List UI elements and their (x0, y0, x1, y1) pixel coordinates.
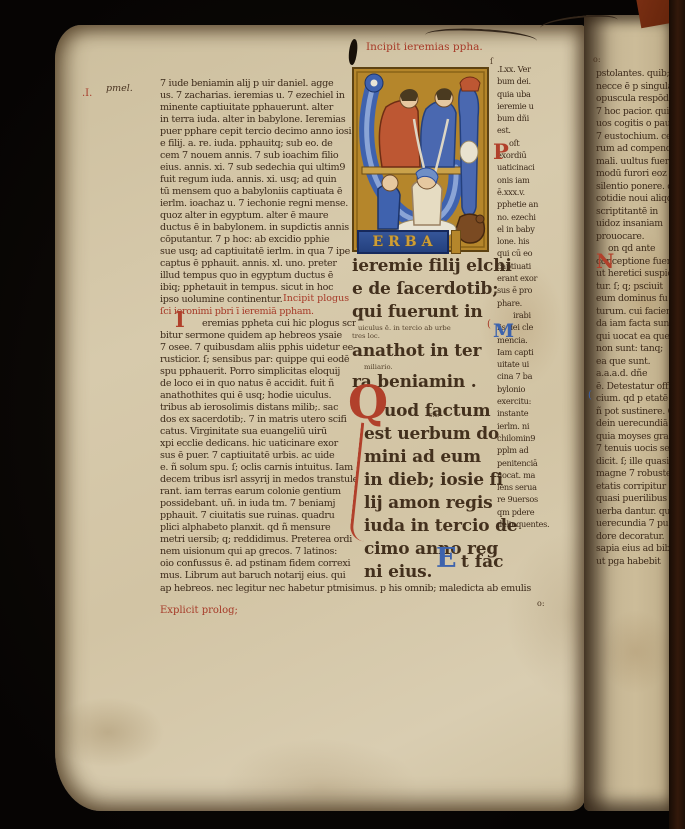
text-line: minente captiuitate pphauerunt. alter (160, 102, 356, 114)
text-line: penitenciā (497, 457, 551, 469)
text-line: e de ſacerdotib; (352, 278, 510, 301)
text-line: iuda in tercio de (364, 515, 510, 538)
paraph-mark: ſ (490, 57, 493, 66)
paraph-mark-red: ( (487, 319, 491, 330)
text-line: quia uba (497, 88, 551, 100)
text-line: possidebant. uñ. in iuda tm. 7 beniamj (160, 498, 356, 510)
text-line: lone. his (497, 235, 551, 247)
initial-n: N (596, 251, 614, 271)
initial-i: I (175, 309, 185, 330)
quire-mark: o: (593, 55, 601, 64)
text-line: 7 tenuis uocis se (596, 443, 670, 456)
text-line: ē.xxx.v. (497, 186, 551, 198)
text-line: oſt (509, 137, 551, 149)
verba-banner: ERBA (357, 230, 449, 254)
margin-numeral: .I. (82, 88, 92, 99)
text-line: pphauit. 7 ciuitatis sue ruinas. quadru (160, 510, 356, 522)
incipit-rubric: Incipit ieremias ppha. (366, 41, 483, 53)
initial-q: Q (348, 379, 388, 425)
text-line: uitate ui (497, 358, 551, 370)
text-line: quia moyses gracil (596, 431, 670, 444)
text-line: plici alphabeto planxit. qd ñ mensure (160, 522, 356, 534)
text-line: bum dñi (497, 112, 551, 124)
text-line: tres loc. (352, 332, 510, 340)
text-line: ē. Detestatur offi (596, 381, 670, 394)
text-line: quoz alter in egyptum. alter ē maure (160, 210, 356, 222)
text-line: est. (497, 124, 551, 136)
text-line: irabi (513, 309, 551, 321)
text-line: uerecundia 7 pu (596, 518, 670, 531)
text-line: etatis corripitur (596, 481, 670, 494)
book-binding-edge (669, 0, 685, 829)
text-line: ut pga habebit (596, 556, 670, 569)
text-line: eius. annis. xi. 7 sub sedechia qui ulti… (160, 162, 356, 174)
text-line: puer pphare cepit tercio decimo anno ios… (160, 126, 356, 138)
text-line: bum dei. (497, 75, 551, 87)
text-line: qui cū eo (497, 247, 551, 259)
historiated-initial-miniature (352, 67, 489, 252)
text-line: fuit regum iuda. annis. xi. usq; ad quin (160, 174, 356, 186)
text-line: tur. ſ; q; psciuit (596, 281, 670, 294)
text-line: dos ex sacerdotib;. 7 in matris utero sc… (160, 414, 356, 426)
text-line: da iam facta sun (596, 318, 670, 331)
text-line: eremias ppheta cui hic plogus scri (202, 318, 356, 330)
text-line: sus ē puer. 7 captiuitatē urbis. ac uide (160, 450, 356, 462)
text-line: mali. uultus fuerat (596, 156, 670, 169)
text-line: instante (497, 407, 551, 419)
text-line: 7 eustochium. cet (596, 131, 670, 144)
text-line: el in baby (497, 223, 551, 235)
banner-end-tab (451, 230, 461, 254)
text-line: dein uerecundiā (596, 418, 670, 431)
interlinear-gloss: s.i. (429, 411, 439, 419)
text-line: pplm ad (497, 444, 551, 456)
banner-letters: ERBA (372, 234, 437, 250)
text-line: illud tempus quo in egyptum ductus ē (160, 270, 356, 282)
pen-mark (347, 39, 359, 66)
text-line: re 9uersos (497, 493, 551, 505)
text-line: dore decoratur. (596, 531, 670, 544)
text-line: ieremie filij elchi (352, 255, 510, 278)
explicit-rubric: Explicit prolog; (160, 605, 238, 616)
text-line: opuscula respōde (596, 93, 670, 106)
bottom-continuation-line: ap hebreos. nec legitur nec habetur ptmi… (160, 583, 600, 594)
margin-annotation: pmel. (106, 83, 133, 94)
text-line: no. ezechi (497, 211, 551, 223)
quire-mark: o: (537, 599, 545, 608)
prologue-column: 7 iude beniamin alij p uir daniel. aggeu… (160, 78, 356, 582)
text-line: nem uisionum qui ap grecos. 7 latinos: (160, 546, 356, 558)
text-line: lij amon regis (364, 492, 510, 515)
text-line: eum dominus fu (596, 293, 670, 306)
text-line: scriptitantē in (596, 206, 670, 219)
text-line: phare. (497, 297, 551, 309)
text-line: uerba dantur. qui (596, 506, 670, 519)
text-line: xpi ecclie dedicans. hic uaticinare exor (160, 438, 356, 450)
incipit-prologus-rubric: Incipit plogus (283, 293, 349, 304)
text-line: metri uersib; q; reddidimus. Preterea or… (160, 534, 356, 546)
text-line: a.a.a.d. dñe (596, 368, 670, 381)
text-line: delinquentes. (497, 518, 551, 530)
text-line: mus. Librum aut baruch notarij eius. qui (160, 570, 356, 582)
text-line: anathot in ter (352, 340, 510, 363)
initial-m: M (493, 322, 514, 341)
text-line: de loco ei in quo natus ē accidit. fuit … (160, 378, 356, 390)
text-line: rant. iam terras earum colonie gentium (160, 486, 356, 498)
text-line: in dieb; iosie fi (364, 469, 510, 492)
text-line: uos cogitis o paula (596, 118, 670, 131)
text-line: e. ñ solum spu. ſ; oclis carnis intuitus… (160, 462, 356, 474)
text-line: decem tribus isrl assyrij in medos trans… (160, 474, 356, 486)
facing-page: o: pstolantes. quib;necce ē p singulaopu… (584, 15, 670, 811)
text-line: sue usq; ad captiuitatē ierlm. in qua 7 … (160, 246, 356, 258)
text-line: sapia eius ad bibl (596, 543, 670, 556)
text-line: rum ad compendiū (596, 143, 670, 156)
paraph-mark-blue: ( (588, 390, 592, 401)
text-line: ieremie u (497, 100, 551, 112)
text-line: oio confussus ē. ad pstinam fidem correx… (160, 558, 356, 570)
text-line: tū mensem quo a babyloniis captiuata ē (160, 186, 356, 198)
text-line: cina 7 ba (497, 370, 551, 382)
text-line: 7 hoc pacior. quia (596, 106, 670, 119)
text-line: us. 7 zacharias. ieremias u. 7 ezechiel … (160, 90, 356, 102)
text-line: .Lxx. Ver (497, 63, 551, 75)
text-line: lens serua (497, 481, 551, 493)
text-line: uod factum (384, 400, 510, 423)
initial-e-continuation: t fac (461, 552, 503, 572)
text-line: captus ē pphauit. annis. xl. uno. preter (160, 258, 356, 270)
text-line: pstolantes. quib; (596, 68, 670, 81)
text-line: mini ad eum (364, 446, 510, 469)
figure-red-robe (379, 101, 420, 167)
text-line: ierlm. ni (497, 420, 551, 432)
text-line: magne 7 robuste (596, 468, 670, 481)
text-line: ea que sunt. (596, 356, 670, 369)
text-line: uocat. ma (497, 469, 551, 481)
text-line: qui uocat ea que (596, 331, 670, 344)
text-line: miliario. (364, 363, 510, 371)
text-line: ductus ē in babylonem. in supdictis anni… (160, 222, 356, 234)
text-line: captiuati (497, 260, 551, 272)
text-line: rusticior. ſ; sensibus par: quippe qui e… (160, 354, 356, 366)
text-line: cium. qd p etatē (596, 393, 670, 406)
text-line: necce ē p singula (596, 81, 670, 94)
text-line: exercitu: (497, 395, 551, 407)
text-line: ñ pot sustinere. C (596, 406, 670, 419)
text-line: catus. Virginitate sua euangeliū uirū (160, 426, 356, 438)
text-line: 7 osee. 7 quibusdam aliis pphis uidetur … (160, 342, 356, 354)
text-line: 7 iude beniamin alij p uir daniel. agge (160, 78, 356, 90)
initial-e: E (436, 545, 457, 572)
text-line: ierlm. ioachaz u. 7 iechonie regni mense… (160, 198, 356, 210)
text-line: modū furori eoz (596, 168, 670, 181)
text-line: on qd ante (608, 243, 670, 256)
text-line: ſci ieronimi pbri ī ieremiā ppham. (160, 306, 356, 318)
text-line: sus ē pro (497, 284, 551, 296)
text-line: e filij. a. re. iuda. pphauitq; sub eo. … (160, 138, 356, 150)
text-line: cōputantur. 7 p hoc: ab excidio pphie (160, 234, 356, 246)
text-line: bylonio (497, 383, 551, 395)
initial-p: P (493, 141, 509, 162)
text-line: onis iam (497, 174, 551, 186)
text-line: prouocare. (596, 231, 670, 244)
text-line: cotidie noui aliqd (596, 193, 670, 206)
manuscript-photo: Incipit ieremias ppha. .I. pmel. 7 iude … (0, 0, 685, 829)
text-line: spu pphauerit. Porro simplicitas eloquij (160, 366, 356, 378)
text-line: silentio ponere. q (596, 181, 670, 194)
text-line: dicit. ſ; ille quasi (596, 456, 670, 469)
text-line: uidoz insaniam (596, 218, 670, 231)
text-line: tribus ab ierosolimis distans milib;. sa… (160, 402, 356, 414)
gloss-column: .Lxx. Verbum dei.quia ubaieremie ubum dñ… (497, 63, 551, 530)
text-line: non sunt: tanq; (596, 343, 670, 356)
text-line: chilomin9 (497, 432, 551, 444)
text-line: anathothites qui ē usq; hodie uiculus. (160, 390, 356, 402)
facing-page-column: pstolantes. quib;necce ē p singulaopuscu… (596, 68, 670, 568)
text-line: qm pdere (497, 506, 551, 518)
text-line: turum. cui facien (596, 306, 670, 319)
text-line: quasi puerilibus (596, 493, 670, 506)
left-page: Incipit ieremias ppha. .I. pmel. 7 iude … (55, 25, 585, 811)
text-line: in terra iuda. alter in babylone. Ieremi… (160, 114, 356, 126)
text-line: erant exor (497, 272, 551, 284)
text-line: cem 7 nouem annis. 7 sub ioachim filio (160, 150, 356, 162)
text-line: bitur sermone quidem ap hebreos ysaie (160, 330, 356, 342)
text-line: pphetie an (497, 198, 551, 210)
text-line: Iam capti (497, 346, 551, 358)
